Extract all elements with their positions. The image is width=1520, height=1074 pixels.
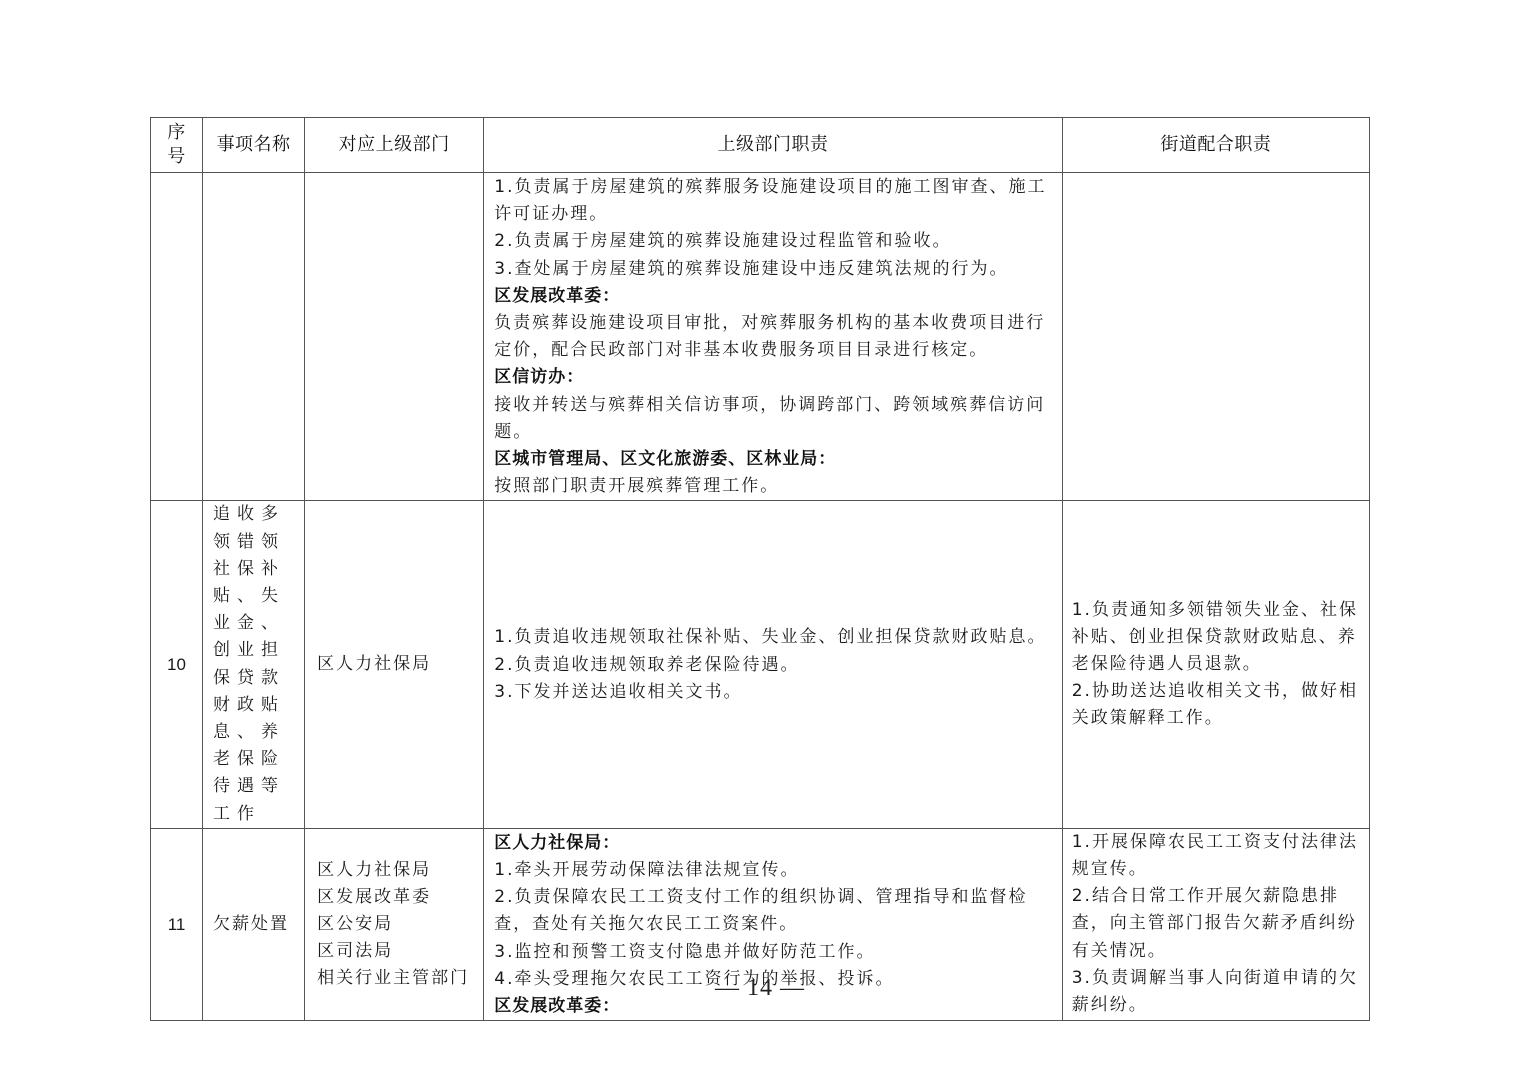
department-item: 区发展改革委 — [317, 884, 473, 911]
duty-table: 序号 事项名称 对应上级部门 上级部门职责 街道配合职责 1.负责属于房屋建筑的… — [150, 117, 1370, 1021]
table-header-row: 序号 事项名称 对应上级部门 上级部门职责 街道配合职责 — [151, 118, 1370, 173]
duty-text: 负责殡葬设施建设项目审批，对殡葬服务机构的基本收费项目进行定价，配合民政部门对非… — [494, 310, 1052, 364]
row-superior-duties: 1.负责属于房屋建筑的殡葬服务设施建设项目的施工图审查、施工许可证办理。 2.负… — [484, 173, 1062, 501]
row-seq: 10 — [151, 501, 203, 828]
department-item: 区司法局 — [317, 938, 473, 965]
row-superior-duties: 1.负责追收违规领取社保补贴、失业金、创业担保贷款财政贴息。 2.负责追收违规领… — [484, 501, 1062, 828]
item-name-text: 欠薪处置 — [213, 914, 289, 934]
header-superior-duties: 上级部门职责 — [484, 118, 1062, 173]
row-departments: 区人力社保局 — [305, 501, 484, 828]
item-name-text: 追收多领错领社保补贴、失业金、创业担保贷款财政贴息、养老保险待遇等工作 — [213, 504, 285, 823]
row-street-duties: 1.负责通知多领错领失业金、社保补贴、创业担保贷款财政贴息、养老保险待遇人员退款… — [1062, 501, 1369, 828]
department-item: 区人力社保局 — [317, 857, 473, 884]
page-number: — 14 — — [0, 975, 1520, 1002]
street-duty-text: 1.负责通知多领错领失业金、社保补贴、创业担保贷款财政贴息、养老保险待遇人员退款… — [1072, 597, 1361, 679]
row-street-duties — [1062, 173, 1369, 501]
street-duty-text: 2.结合日常工作开展欠薪隐患排查，向主管部门报告欠薪矛盾纠纷有关情况。 — [1072, 883, 1361, 965]
duty-text: 1.负责属于房屋建筑的殡葬服务设施建设项目的施工图审查、施工许可证办理。 — [494, 174, 1052, 228]
duty-text: 1.牵头开展劳动保障法律法规宣传。 — [494, 857, 1052, 884]
duty-text: 1.负责追收违规领取社保补贴、失业金、创业担保贷款财政贴息。 — [494, 624, 1052, 651]
duty-text: 按照部门职责开展殡葬管理工作。 — [494, 473, 1052, 500]
duty-text: 2.负责保障农民工工资支付工作的组织协调、管理指导和监督检查，查处有关拖欠农民工… — [494, 884, 1052, 938]
street-duty-text: 1.开展保障农民工工资支付法律法规宣传。 — [1072, 829, 1361, 883]
row-seq — [151, 173, 203, 501]
header-street-duties: 街道配合职责 — [1062, 118, 1369, 173]
duty-department-heading: 区城市管理局、区文化旅游委、区林业局： — [494, 446, 1052, 473]
duty-department-heading: 区信访办： — [494, 364, 1052, 391]
duty-text: 接收并转送与殡葬相关信访事项，协调跨部门、跨领域殡葬信访问题。 — [494, 392, 1052, 446]
row-departments — [305, 173, 484, 501]
duty-text: 3.监控和预警工资支付隐患并做好防范工作。 — [494, 939, 1052, 966]
header-superior-department: 对应上级部门 — [305, 118, 484, 173]
row-item-name — [203, 173, 305, 501]
duty-text: 3.查处属于房屋建筑的殡葬设施建设中违反建筑法规的行为。 — [494, 256, 1052, 283]
duty-department-heading: 区发展改革委： — [494, 283, 1052, 310]
row-item-name: 追收多领错领社保补贴、失业金、创业担保贷款财政贴息、养老保险待遇等工作 — [203, 501, 305, 828]
header-item-name: 事项名称 — [203, 118, 305, 173]
department-item: 区人力社保局 — [317, 651, 473, 678]
department-item: 区公安局 — [317, 911, 473, 938]
table-row: 1.负责属于房屋建筑的殡葬服务设施建设项目的施工图审查、施工许可证办理。 2.负… — [151, 173, 1370, 501]
duty-text: 2.负责追收违规领取养老保险待遇。 — [494, 652, 1052, 679]
table-row: 10 追收多领错领社保补贴、失业金、创业担保贷款财政贴息、养老保险待遇等工作 区… — [151, 501, 1370, 828]
duty-department-heading: 区人力社保局： — [494, 830, 1052, 857]
header-seq: 序号 — [151, 118, 203, 173]
duty-text: 2.负责属于房屋建筑的殡葬设施建设过程监管和验收。 — [494, 228, 1052, 255]
duty-text: 3.下发并送达追收相关文书。 — [494, 679, 1052, 706]
street-duty-text: 2.协助送达追收相关文书，做好相关政策解释工作。 — [1072, 678, 1361, 732]
